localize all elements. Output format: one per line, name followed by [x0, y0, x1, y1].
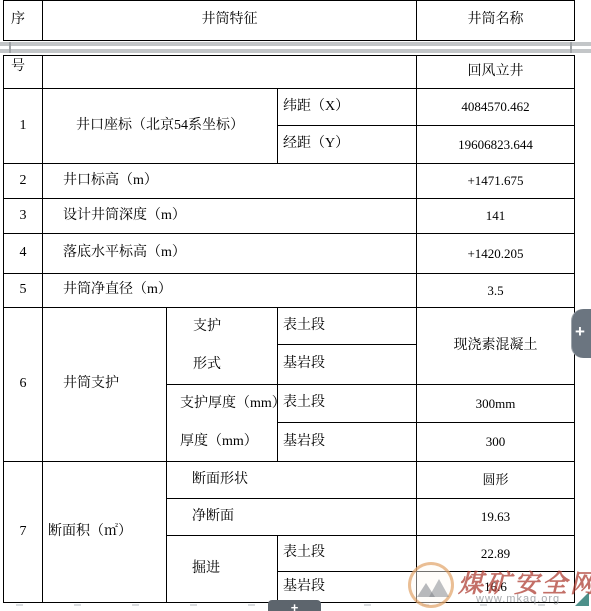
row6-thick-topsoil-value: 300mm: [417, 385, 575, 423]
header-feature: 井筒特征: [43, 1, 417, 41]
page-edge-mark: [9, 42, 11, 53]
row1-no: 1: [4, 89, 43, 164]
row4-label: 落底水平标高（m）: [43, 234, 417, 274]
plus-icon: +: [268, 601, 321, 611]
page-break-stripe: [0, 42, 591, 46]
row7-dig-bedrock: 基岩段: [278, 572, 417, 603]
row7-dig-label: 掘进: [167, 536, 278, 603]
row4-value: +1420.205: [417, 234, 575, 274]
row5-value: 3.5: [417, 274, 575, 308]
page-edge-mark: [570, 42, 572, 53]
row7-net-label: 净断面: [167, 499, 417, 536]
header-seq-bottom: 号: [4, 56, 43, 89]
row5-label: 井筒净直径（m）: [43, 274, 417, 308]
document-page: 序 井筒特征 井筒名称 号 回风立井 1 井口座标（北京54系坐标） 纬距（X）…: [0, 0, 591, 611]
insert-column-button[interactable]: +: [268, 600, 321, 611]
resize-handle-icon[interactable]: [575, 592, 589, 606]
shaft-table-header: 序 井筒特征 井筒名称: [3, 0, 575, 41]
row7-dig-bedrock-value: 16.6: [417, 572, 575, 603]
row1-lon-value: 19606823.644: [417, 126, 575, 164]
row6-form-label-line2: 形式: [193, 346, 277, 384]
row6-form-topsoil: 表土段: [278, 308, 417, 345]
row1-lon-label: 经距（Y）: [278, 126, 417, 164]
row6-form-bedrock: 基岩段: [278, 344, 417, 384]
shaft-name-value: 回风立井: [417, 56, 575, 89]
row4-no: 4: [4, 234, 43, 274]
row1-label: 井口座标（北京54系坐标）: [43, 89, 278, 164]
row6-form-label-line1: 支护: [193, 308, 277, 346]
shaft-table-body: 号 回风立井 1 井口座标（北京54系坐标） 纬距（X） 4084570.462…: [3, 55, 575, 603]
row6-label: 井筒支护: [43, 308, 167, 462]
row7-shape-value: 圆形: [417, 462, 575, 499]
row7-net-value: 19.63: [417, 499, 575, 536]
row6-thick-label: 支护厚度（mm） 厚度（mm）: [167, 385, 278, 462]
row3-no: 3: [4, 199, 43, 234]
row7-label: 断面积（㎡）: [43, 462, 167, 603]
row2-label: 井口标高（m）: [43, 164, 417, 199]
page-break-stripe: [0, 49, 591, 53]
row3-value: 141: [417, 199, 575, 234]
row2-no: 2: [4, 164, 43, 199]
row7-dig-topsoil-value: 22.89: [417, 536, 575, 572]
row5-no: 5: [4, 274, 43, 308]
row6-thick-bedrock: 基岩段: [278, 422, 417, 461]
header-seq-top: 序: [4, 1, 43, 41]
insert-row-button[interactable]: +: [571, 309, 591, 358]
plus-icon: +: [575, 323, 585, 340]
row6-form-label: 支护 形式: [167, 308, 278, 385]
page-break-band: [0, 42, 591, 53]
row6-thick-label-line1: 支护厚度（mm）: [180, 385, 277, 423]
row6-thick-bedrock-value: 300: [417, 422, 575, 461]
row1-lat-label: 纬距（X）: [278, 89, 417, 126]
row6-form-value: 现浇素混凝土: [417, 308, 575, 385]
header-shaft-name: 井筒名称: [417, 1, 575, 41]
feature-empty-cell: [43, 56, 417, 89]
row6-thick-label-line2: 厚度（mm）: [180, 423, 277, 461]
row7-shape-label: 断面形状: [167, 462, 417, 499]
row7-no: 7: [4, 462, 43, 603]
row7-dig-topsoil: 表土段: [278, 536, 417, 572]
row6-thick-topsoil: 表土段: [278, 385, 417, 423]
row3-label: 设计井筒深度（m）: [43, 199, 417, 234]
row6-no: 6: [4, 308, 43, 462]
row2-value: +1471.675: [417, 164, 575, 199]
row1-lat-value: 4084570.462: [417, 89, 575, 126]
